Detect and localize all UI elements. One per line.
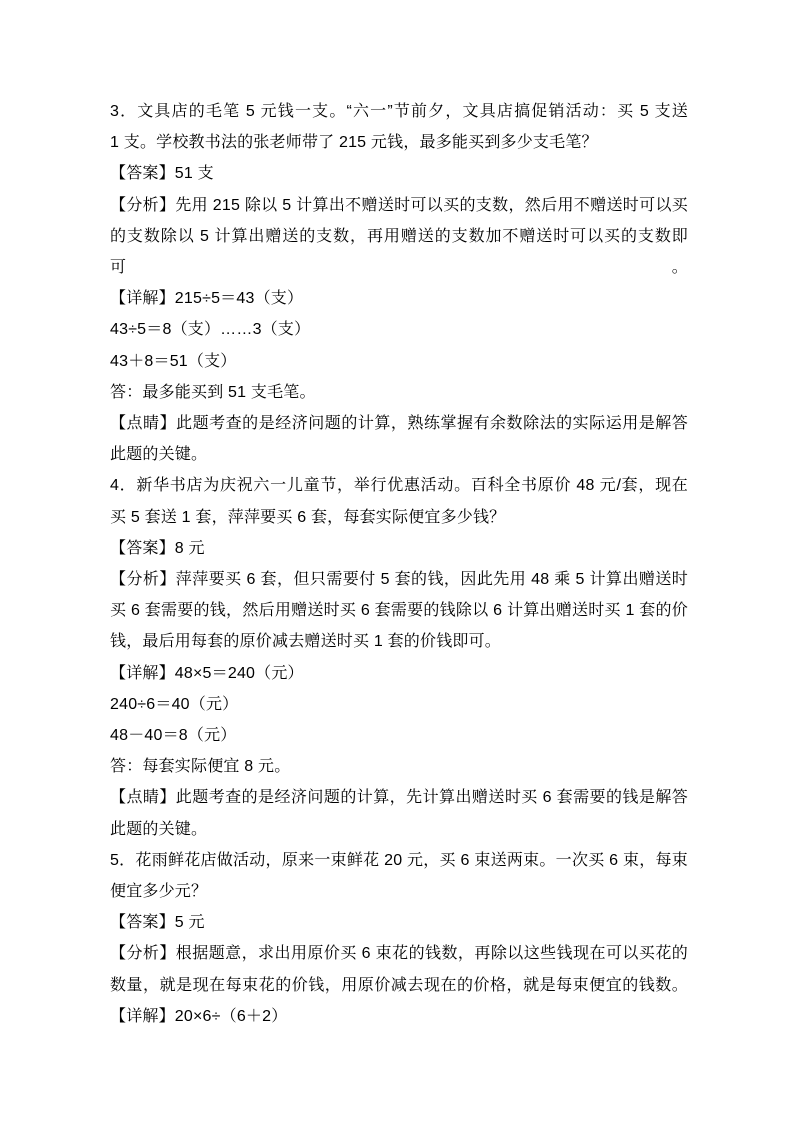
- p4-analysis-line-3: 钱，最后用每套的原价减去赠送时买 1 套的价钱即可。: [110, 626, 688, 657]
- p3-answer-sentence: 答：最多能买到 51 支毛笔。: [110, 377, 688, 408]
- p4-answer-line: 【答案】8 元: [110, 533, 688, 564]
- p5-analysis-line-1: 【分析】根据题意，求出用原价买 6 束花的钱数，再除以这些钱现在可以买花的: [110, 938, 688, 969]
- p3-solution-line-1: 【详解】215÷5＝43（支）: [110, 283, 688, 314]
- p4-question-line-1: 4．新华书店为庆祝六一儿童节，举行优惠活动。百科全书原价 48 元/套，现在: [110, 470, 688, 501]
- p4-note-line-1: 【点睛】此题考查的是经济问题的计算，先计算出赠送时买 6 套需要的钱是解答: [110, 782, 688, 813]
- p3-analysis-line-2: 的支数除以 5 计算出赠送的支数，再用赠送的支数加不赠送时可以买的支数即可。: [110, 221, 688, 283]
- problem-4: 4．新华书店为庆祝六一儿童节，举行优惠活动。百科全书原价 48 元/套，现在 买…: [110, 470, 688, 844]
- p4-solution-line-3: 48－40＝8（元）: [110, 720, 688, 751]
- p4-solution-line-1: 【详解】48×5＝240（元）: [110, 658, 688, 689]
- p5-answer-line: 【答案】5 元: [110, 907, 688, 938]
- p5-solution-line-1: 【详解】20×6÷（6＋2）: [110, 1001, 688, 1032]
- p3-answer-line: 【答案】51 支: [110, 158, 688, 189]
- p4-note-line-2: 此题的关键。: [110, 814, 688, 845]
- worksheet-page: 3．文具店的毛笔 5 元钱一支。“六一”节前夕，文具店搞促销活动：买 5 支送 …: [0, 0, 793, 1122]
- p5-question-line-1: 5．花雨鲜花店做活动，原来一束鲜花 20 元，买 6 束送两束。一次买 6 束，…: [110, 845, 688, 876]
- p4-question-line-2: 买 5 套送 1 套，萍萍要买 6 套，每套实际便宜多少钱？: [110, 502, 688, 533]
- p5-analysis-line-2: 数量，就是现在每束花的价钱，用原价减去现在的价格，就是每束便宜的钱数。: [110, 970, 688, 1001]
- problem-3: 3．文具店的毛笔 5 元钱一支。“六一”节前夕，文具店搞促销活动：买 5 支送 …: [110, 96, 688, 470]
- p3-analysis-line-1: 【分析】先用 215 除以 5 计算出不赠送时可以买的支数，然后用不赠送时可以买: [110, 190, 688, 221]
- p4-analysis-line-2: 买 6 套需要的钱，然后用赠送时买 6 套需要的钱除以 6 计算出赠送时买 1 …: [110, 595, 688, 626]
- p3-solution-line-2: 43÷5＝8（支）……3（支）: [110, 314, 688, 345]
- p4-answer-sentence: 答：每套实际便宜 8 元。: [110, 751, 688, 782]
- p3-solution-line-3: 43＋8＝51（支）: [110, 346, 688, 377]
- p3-note-line-2: 此题的关键。: [110, 439, 688, 470]
- p4-analysis-line-1: 【分析】萍萍要买 6 套，但只需要付 5 套的钱，因此先用 48 乘 5 计算出…: [110, 564, 688, 595]
- problem-5: 5．花雨鲜花店做活动，原来一束鲜花 20 元，买 6 束送两束。一次买 6 束，…: [110, 845, 688, 1032]
- p4-solution-line-2: 240÷6＝40（元）: [110, 689, 688, 720]
- p5-question-line-2: 便宜多少元？: [110, 876, 688, 907]
- p3-note-line-1: 【点睛】此题考查的是经济问题的计算，熟练掌握有余数除法的实际运用是解答: [110, 408, 688, 439]
- p3-question-line-1: 3．文具店的毛笔 5 元钱一支。“六一”节前夕，文具店搞促销活动：买 5 支送: [110, 96, 688, 127]
- p3-question-line-2: 1 支。学校教书法的张老师带了 215 元钱，最多能买到多少支毛笔？: [110, 127, 688, 158]
